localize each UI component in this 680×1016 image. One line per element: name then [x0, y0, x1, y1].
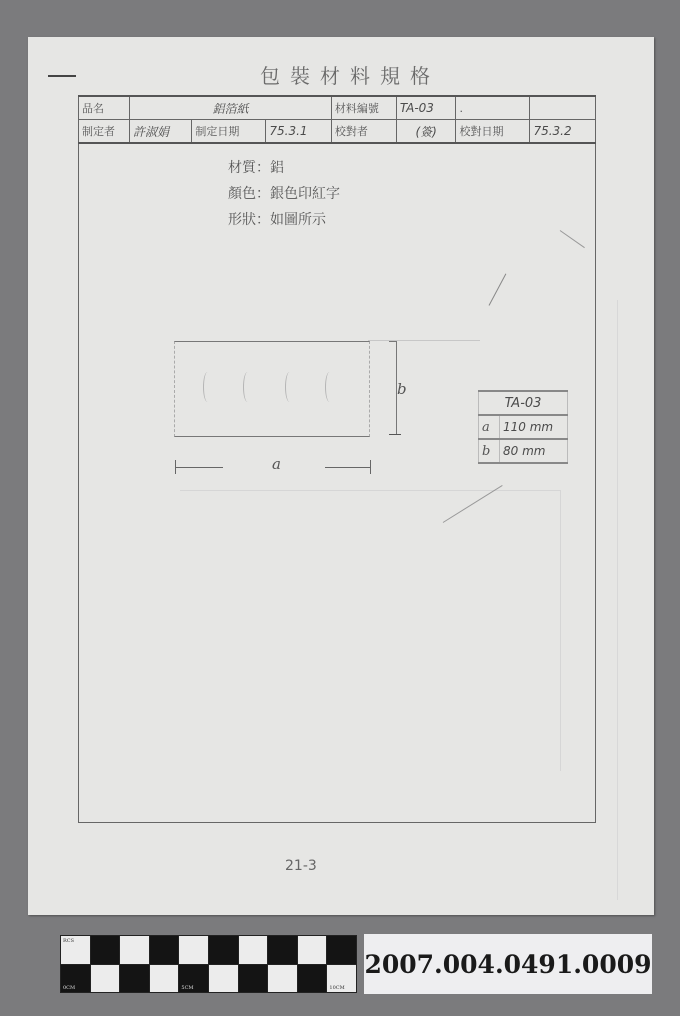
name-label: 品名 [79, 96, 130, 120]
faint-guide-box [180, 490, 561, 771]
color-scale-bar: RCS 0CM 5CM 10CM [60, 935, 357, 993]
note-material: 材質：鋁 [228, 155, 340, 181]
dim-a-line [175, 467, 223, 468]
check-date-label: 校對日期 [456, 120, 530, 144]
scale-square [239, 936, 268, 964]
accession-number: 2007.004.0491.0009 [364, 950, 651, 979]
scale-label-0: 0CM [63, 985, 75, 991]
dim-b-label: b [397, 380, 407, 398]
slot-mark [325, 372, 334, 402]
checker-value: (簽) [396, 120, 456, 144]
slot-mark [203, 372, 212, 402]
dim-b-tick [389, 434, 401, 435]
guide-line [368, 340, 480, 341]
dim-a-label: a [272, 455, 281, 473]
scale-square [268, 965, 297, 993]
scale-square: 0CM [61, 965, 90, 993]
scale-square [239, 965, 268, 993]
maker-label: 制定者 [79, 120, 130, 144]
dim-a-tick [370, 460, 371, 474]
name-value: 鋁箔紙 [130, 96, 332, 120]
header-row-1: 品名 鋁箔紙 材料編號 TA-03 . [79, 96, 596, 120]
scale-square: 10CM [327, 965, 356, 993]
scale-square [209, 936, 238, 964]
spec-value: 80 mm [500, 439, 568, 463]
checker-label: 校對者 [331, 120, 396, 144]
scale-square [298, 965, 327, 993]
scale-square [209, 965, 238, 993]
scale-square [120, 936, 149, 964]
slot-mark [243, 372, 252, 402]
header-dash [48, 75, 76, 77]
scale-square [150, 965, 179, 993]
spec-value: 110 mm [500, 415, 568, 439]
code-value: TA-03 [396, 96, 456, 120]
faint-rule [617, 300, 618, 900]
scale-label-10: 10CM [329, 985, 344, 991]
page-number: 21-3 [285, 858, 317, 874]
scale-square: RCS [61, 936, 90, 964]
note-shape: 形狀：如圖所示 [228, 207, 340, 233]
date-value: 75.3.1 [266, 120, 332, 144]
spec-table: TA-03 a 110 mm b 80 mm [478, 390, 568, 464]
scale-square [120, 965, 149, 993]
scale-label-5: 5CM [181, 985, 193, 991]
scale-square [298, 936, 327, 964]
header-row-2: 制定者 許淑娟 制定日期 75.3.1 校對者 (簽) 校對日期 75.3.2 [79, 120, 596, 144]
scale-side-label: RCS [63, 938, 74, 944]
header-table: 品名 鋁箔紙 材料編號 TA-03 . 制定者 許淑娟 制定日期 75.3.1 … [78, 95, 596, 144]
check-date-value: 75.3.2 [530, 120, 596, 144]
scale-square [91, 936, 120, 964]
spec-key: a [479, 415, 500, 439]
maker-value: 許淑娟 [130, 120, 192, 144]
code-label: 材料編號 [331, 96, 396, 120]
slot-mark [285, 372, 294, 402]
scale-square [150, 936, 179, 964]
spec-row: b 80 mm [479, 439, 568, 463]
dim-a-line [325, 467, 370, 468]
extra-cell-2 [530, 96, 596, 120]
accession-label: 2007.004.0491.0009 [364, 934, 652, 994]
scale-square: 5CM [179, 965, 208, 993]
scale-square [268, 936, 297, 964]
spec-key: b [479, 439, 500, 463]
date-label: 制定日期 [192, 120, 266, 144]
document-title: 包裝材料規格 [230, 60, 470, 89]
spec-row: a 110 mm [479, 415, 568, 439]
foil-drawing-rectangle [174, 341, 370, 437]
scale-square [179, 936, 208, 964]
scale-square [327, 936, 356, 964]
material-notes: 材質：鋁 顏色：銀色印紅字 形狀：如圖所示 [228, 155, 340, 233]
extra-cell-1: . [456, 96, 530, 120]
spec-header: TA-03 [479, 391, 568, 415]
scale-square [91, 965, 120, 993]
note-color: 顏色：銀色印紅字 [228, 181, 340, 207]
